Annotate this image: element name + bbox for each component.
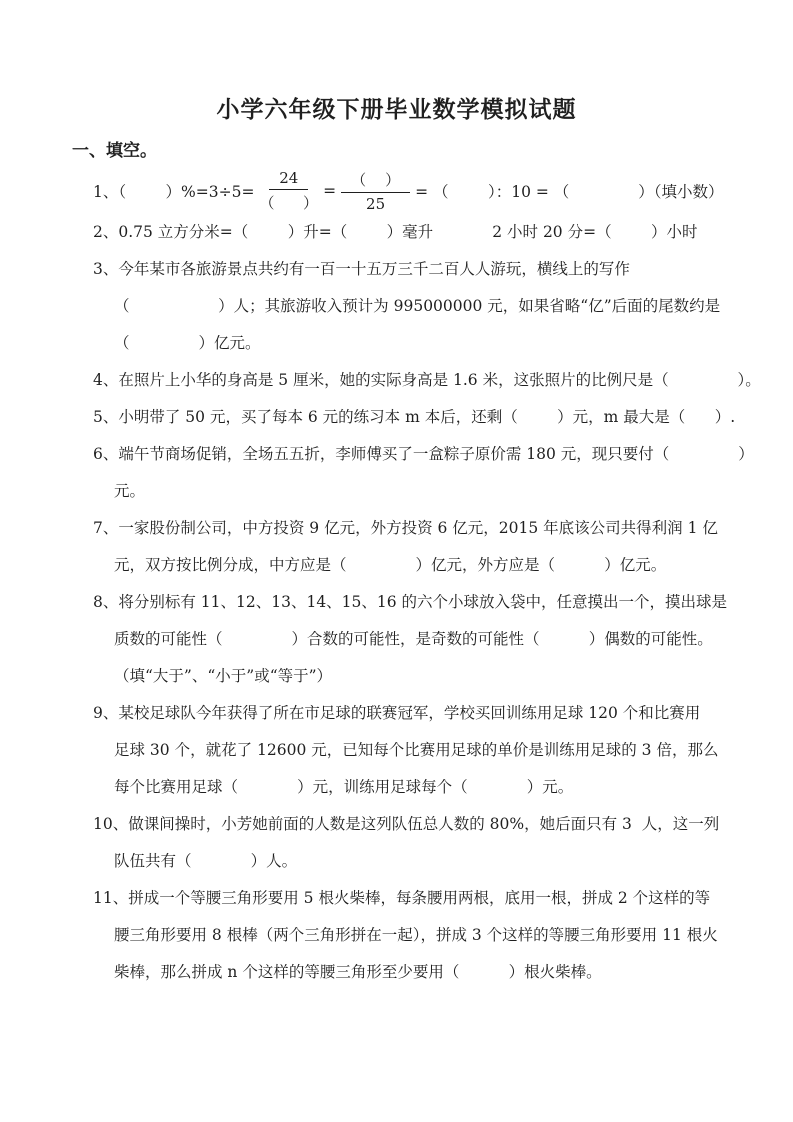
q1-fraction-2-numerator: （ ） <box>341 169 410 193</box>
q1-fraction-2: （ ） 25 <box>341 169 410 213</box>
question-7-line-2: 元，双方按比例分成，中方应是（ ）亿元，外方应是（ ）亿元。 <box>93 547 743 584</box>
q1-fraction-1: 24 （ ） <box>259 169 318 213</box>
question-9-line-1: 9、某校足球队今年获得了所在市足球的联赛冠军，学校买回训练用足球 120 个和比… <box>93 695 743 732</box>
question-11-line-1: 11、拼成一个等腰三角形要用 5 根火柴棒，每条腰用两根，底用一根，拼成 2 个… <box>93 880 743 917</box>
question-5-line-1: 5、小明带了 50 元，买了每本 6 元的练习本 m 本后，还剩（ ）元，m 最… <box>93 399 743 436</box>
question-8-line-2: 质数的可能性（ ）合数的可能性，是奇数的可能性（ ）偶数的可能性。 <box>93 621 743 658</box>
question-8-line-1: 8、将分别标有 11、12、13、14、15、16 的六个小球放入袋中，任意摸出… <box>93 584 743 621</box>
question-11-line-2: 腰三角形要用 8 根棒（两个三角形拼在一起），拼成 3 个这样的等腰三角形要用 … <box>93 917 743 954</box>
question-10-line-1: 10、做课间操时，小芳她前面的人数是这列队伍总人数的 80%，她后面只有 3 人… <box>93 806 743 843</box>
question-3-line-1: 3、今年某市各旅游景点共约有一百一十五万三千二百人人游玩，横线上的写作 <box>93 251 743 288</box>
question-7-line-1: 7、一家股份制公司，中方投资 9 亿元，外方投资 6 亿元，2015 年底该公司… <box>93 510 743 547</box>
question-11-line-3: 柴棒，那么拼成 n 个这样的等腰三角形至少要用（ ）根火柴棒。 <box>93 954 743 991</box>
question-9-line-2: 足球 30 个，就花了 12600 元，已知每个比赛用足球的单价是训练用足球的 … <box>93 732 743 769</box>
question-4-line-1: 4、在照片上小华的身高是 5 厘米，她的实际身高是 1.6 米，这张照片的比例尺… <box>93 362 743 399</box>
q1-tail-text: = （ ）：10 = （ ）（填小数） <box>415 180 723 202</box>
q1-fraction-1-numerator: 24 <box>269 169 308 190</box>
question-10-line-2: 队伍共有（ ）人。 <box>93 843 743 880</box>
question-3-line-2: （ ）人；其旅游收入预计为 995000000 元，如果省略“亿”后面的尾数约是 <box>93 288 743 325</box>
question-8-line-3: （填“大于”、“小于”或“等于”） <box>93 658 743 695</box>
question-2-line-1: 2、0.75 立方分米=（ ）升=（ ）毫升 2 小时 20 分=（ ）小时 <box>93 214 743 251</box>
question-3-line-3: （ ）亿元。 <box>93 325 743 362</box>
q1-lead-text: 1、（ ）%=3÷5= <box>93 180 254 202</box>
q1-fraction-2-denominator: 25 <box>366 193 385 213</box>
section-heading-fill-in-blanks: 一、填空。 <box>72 138 793 164</box>
question-9-line-3: 每个比赛用足球（ ）元，训练用足球每个（ ）元。 <box>93 769 743 806</box>
question-6-line-1: 6、端午节商场促销，全场五五折，李师傅买了一盒粽子原价需 180 元，现只要付（… <box>93 436 743 473</box>
question-1: 1、（ ）%=3÷5= 24 （ ） = （ ） 25 = （ ）：10 = （… <box>93 168 743 214</box>
exam-title: 小学六年级下册毕业数学模拟试题 <box>0 0 793 124</box>
questions-list: 1、（ ）%=3÷5= 24 （ ） = （ ） 25 = （ ）：10 = （… <box>93 168 743 991</box>
question-6-line-2: 元。 <box>93 473 743 510</box>
exam-document-page: 小学六年级下册毕业数学模拟试题 一、填空。 1、（ ）%=3÷5= 24 （ ）… <box>0 0 793 1122</box>
q1-equals-sign: = <box>323 182 336 200</box>
q1-fraction-1-denominator: （ ） <box>259 190 318 213</box>
